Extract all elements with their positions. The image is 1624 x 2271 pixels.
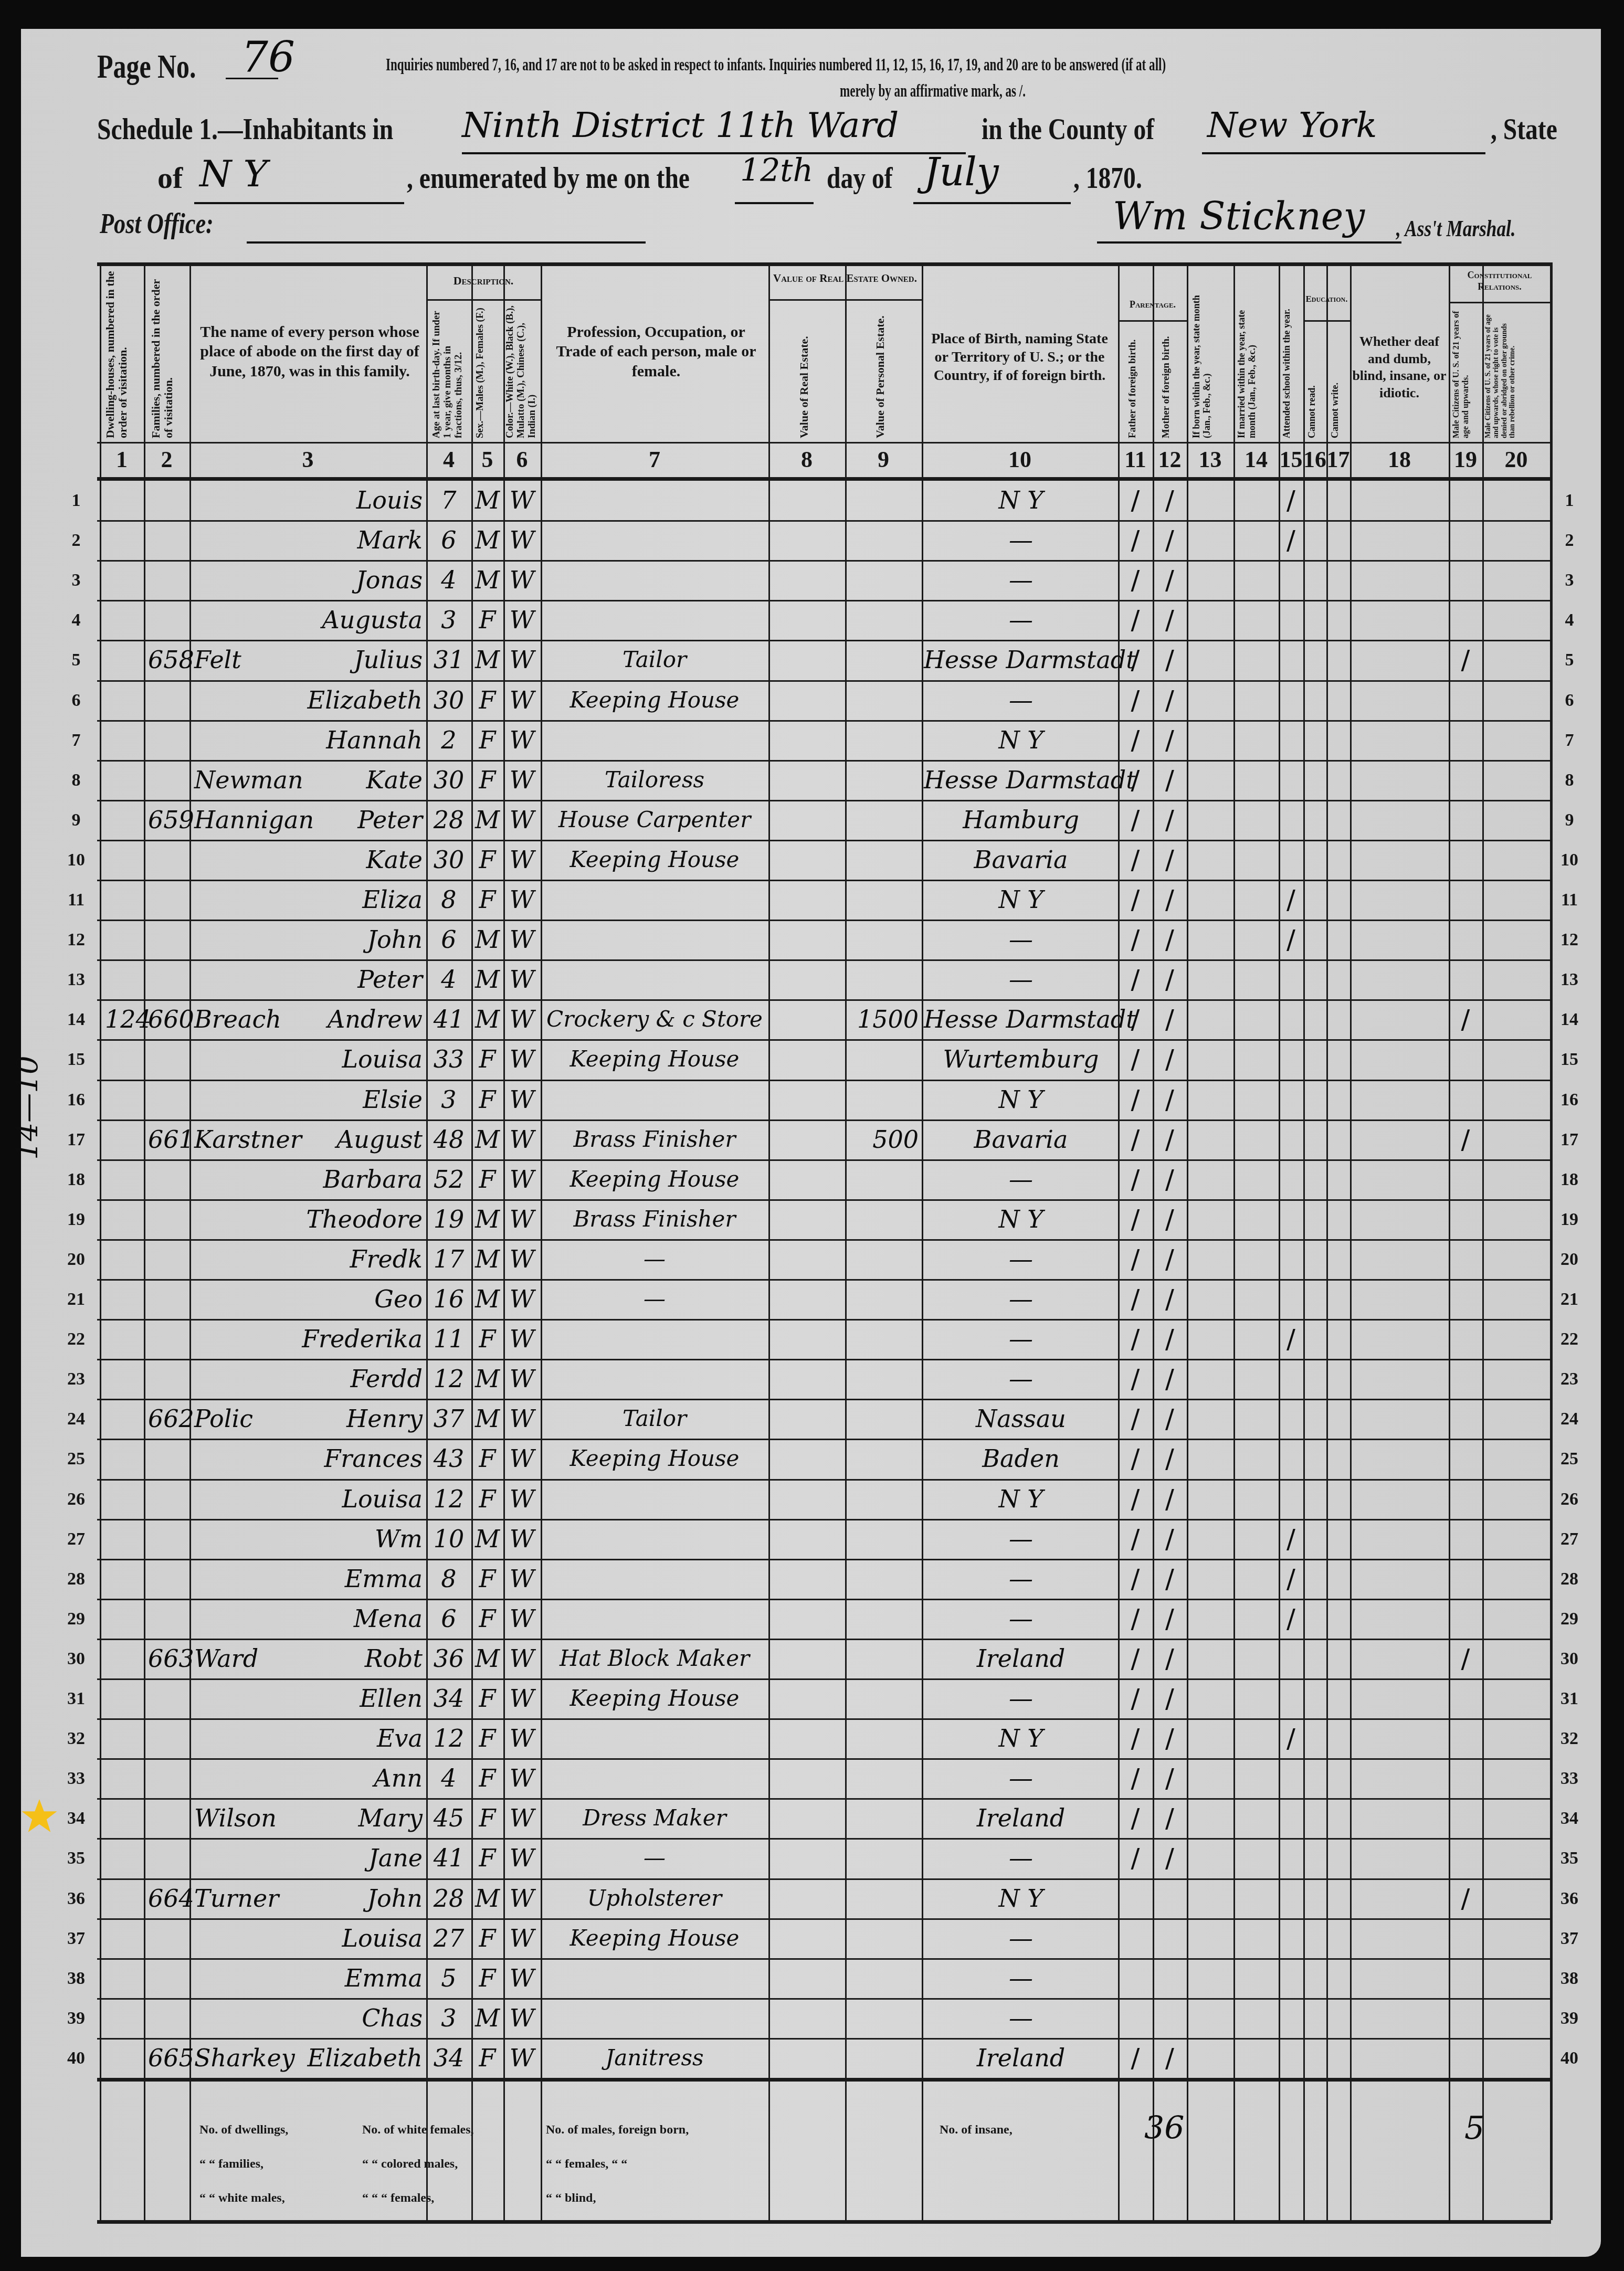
table-row: 3434WilsonMary45FWDress MakerIreland// xyxy=(0,1798,1624,1838)
mother-foreign-mark: / xyxy=(1153,1758,1187,1798)
citizen-mark xyxy=(1449,800,1482,840)
age: 30 xyxy=(426,840,471,880)
line-number-right: 15 xyxy=(1554,1050,1585,1070)
line-number-right: 29 xyxy=(1554,1609,1585,1629)
bookmark-star-icon[interactable] xyxy=(21,1798,58,1834)
table-row: 2222Frederika11FW—/// xyxy=(0,1319,1624,1359)
color: W xyxy=(503,880,541,920)
table-row: 3838Emma5FW— xyxy=(0,1958,1624,1998)
col-20-header: Male Citizens of U. S. of 21 years of ag… xyxy=(1484,310,1547,438)
school-mark: / xyxy=(1279,880,1303,920)
color: W xyxy=(503,1359,541,1399)
father-foreign-mark xyxy=(1118,1958,1153,1998)
age: 34 xyxy=(426,1678,471,1718)
col-11-header: Father of foreign birth. xyxy=(1127,336,1148,438)
citizen-mark xyxy=(1449,1319,1482,1359)
given-name: Augusta xyxy=(0,600,423,640)
occupation xyxy=(541,1519,768,1559)
age: 10 xyxy=(426,1519,471,1559)
occupation: Janitress xyxy=(541,2038,768,2078)
sex: M xyxy=(471,560,503,600)
birthplace: Nassau xyxy=(924,1399,1118,1439)
table-row: 88NewmanKate30FWTailoressHesse Darmstadt… xyxy=(0,760,1624,800)
mother-foreign-mark: / xyxy=(1153,680,1187,720)
school-mark xyxy=(1279,1479,1303,1519)
col-4-header: Age at last birth-day. If under 1 year, … xyxy=(431,304,468,438)
personal-estate-value xyxy=(845,1878,919,1918)
sex: F xyxy=(471,1838,503,1878)
sex: M xyxy=(471,520,503,560)
sex: F xyxy=(471,1159,503,1199)
mother-foreign-mark: / xyxy=(1153,1798,1187,1838)
color: W xyxy=(503,1279,541,1319)
sex: F xyxy=(471,1559,503,1599)
sex: M xyxy=(471,1279,503,1319)
personal-estate-value xyxy=(845,1918,919,1958)
father-foreign-mark: / xyxy=(1118,1439,1153,1478)
color: W xyxy=(503,1399,541,1439)
state-underline xyxy=(194,202,404,204)
footer-families-label: “ “ families, xyxy=(199,2157,263,2171)
sex: M xyxy=(471,1399,503,1439)
day-field[interactable]: 12th xyxy=(740,152,813,189)
mother-foreign-mark: / xyxy=(1153,800,1187,840)
age: 4 xyxy=(426,959,471,999)
line-number-right: 23 xyxy=(1554,1369,1585,1389)
color: W xyxy=(503,1958,541,1998)
constitutional-group-header: Constitutional Relations. xyxy=(1450,265,1549,297)
col-14-header: If married within the year, state month … xyxy=(1237,283,1273,438)
father-foreign-mark: / xyxy=(1118,560,1153,600)
father-foreign-mark: / xyxy=(1118,1080,1153,1119)
age: 52 xyxy=(426,1159,471,1199)
citizen-mark xyxy=(1449,1159,1482,1199)
line-number-right: 36 xyxy=(1554,1889,1585,1909)
table-row: 2121Geo16MW——// xyxy=(0,1279,1624,1319)
mother-foreign-mark: / xyxy=(1153,760,1187,800)
line-number-right: 28 xyxy=(1554,1569,1585,1589)
given-name: Peter xyxy=(0,959,423,999)
month-field[interactable]: July xyxy=(924,150,999,195)
school-mark xyxy=(1279,1080,1303,1119)
father-foreign-mark: / xyxy=(1118,680,1153,720)
personal-estate-value xyxy=(845,1998,919,2038)
personal-estate-value xyxy=(845,1958,919,1998)
birthplace: Hamburg xyxy=(924,800,1118,840)
mother-foreign-mark xyxy=(1153,1918,1187,1958)
age: 3 xyxy=(426,600,471,640)
sex: F xyxy=(471,1758,503,1798)
given-name: Kate xyxy=(0,760,423,800)
father-foreign-mark: / xyxy=(1118,720,1153,760)
description-group-header: Description. xyxy=(426,265,541,297)
citizen-mark xyxy=(1449,1199,1482,1239)
citizen-mark xyxy=(1449,1838,1482,1878)
post-office-underline xyxy=(247,241,646,244)
table-row: 1111Eliza8FWN Y/// xyxy=(0,880,1624,920)
citizen-mark xyxy=(1449,560,1482,600)
sex: M xyxy=(471,1998,503,2038)
citizen-mark xyxy=(1449,1399,1482,1439)
table-row: 1212John6MW—/// xyxy=(0,920,1624,959)
occupation xyxy=(541,1319,768,1359)
personal-estate-value xyxy=(845,1678,919,1718)
personal-estate-value xyxy=(845,1319,919,1359)
occupation: Keeping House xyxy=(541,1678,768,1718)
school-mark: / xyxy=(1279,920,1303,959)
age: 37 xyxy=(426,1399,471,1439)
citizen-mark xyxy=(1449,1519,1482,1559)
birthplace: N Y xyxy=(924,1718,1118,1758)
occupation xyxy=(541,1718,768,1758)
table-row: 3131Ellen34FWKeeping House—// xyxy=(0,1678,1624,1718)
line-number-right: 30 xyxy=(1554,1649,1585,1669)
county-field[interactable]: New York xyxy=(1207,105,1377,145)
school-mark xyxy=(1279,2038,1303,2078)
footer-citizen-tally: 5 xyxy=(1464,2110,1484,2147)
sex: F xyxy=(471,600,503,640)
personal-estate-value xyxy=(845,1359,919,1399)
sex: M xyxy=(471,800,503,840)
sex: F xyxy=(471,1918,503,1958)
personal-estate-value xyxy=(845,600,919,640)
county-underline xyxy=(1202,152,1485,154)
father-foreign-mark: / xyxy=(1118,1279,1153,1319)
personal-estate-value xyxy=(845,1479,919,1519)
personal-estate-value xyxy=(845,840,919,880)
mother-foreign-mark: / xyxy=(1153,1039,1187,1079)
citizen-mark xyxy=(1449,1798,1482,1838)
page-number: 76 xyxy=(241,33,295,81)
line-number-right: 16 xyxy=(1554,1090,1585,1110)
place-underline xyxy=(462,152,966,154)
occupation xyxy=(541,720,768,760)
personal-estate-value: 1500 xyxy=(845,999,919,1039)
birthplace: — xyxy=(924,1239,1118,1279)
birthplace: N Y xyxy=(924,1199,1118,1239)
personal-estate-value: 500 xyxy=(845,1119,919,1159)
sex: F xyxy=(471,1479,503,1519)
age: 36 xyxy=(426,1639,471,1678)
col-15-header: Attended school within the year. xyxy=(1282,283,1301,438)
birthplace: Ireland xyxy=(924,1798,1118,1838)
personal-estate-value xyxy=(845,920,919,959)
mother-foreign-mark: / xyxy=(1153,880,1187,920)
school-mark xyxy=(1279,1399,1303,1439)
occupation: Keeping House xyxy=(541,840,768,880)
table-row: 22Mark6MW—/// xyxy=(0,520,1624,560)
birthplace: Ireland xyxy=(924,1639,1118,1678)
color: W xyxy=(503,1159,541,1199)
citizen-mark xyxy=(1449,1918,1482,1958)
occupation: Keeping House xyxy=(541,1918,768,1958)
school-mark: / xyxy=(1279,520,1303,560)
line-number-right: 21 xyxy=(1554,1290,1585,1309)
col-9-header: Value of Personal Estate. xyxy=(874,304,895,438)
occupation: Keeping House xyxy=(541,1159,768,1199)
given-name: Louis xyxy=(0,480,423,520)
father-foreign-mark: / xyxy=(1118,1319,1153,1359)
table-row: 77Hannah2FWN Y// xyxy=(0,720,1624,760)
citizen-mark xyxy=(1449,1439,1482,1478)
school-mark xyxy=(1279,1639,1303,1678)
line-number-right: 25 xyxy=(1554,1449,1585,1469)
table-row: 2929Mena6FW—/// xyxy=(0,1599,1624,1639)
footer-colored-males-label: “ “ colored males, xyxy=(362,2157,458,2171)
birthplace: Bavaria xyxy=(924,840,1118,880)
age: 45 xyxy=(426,1798,471,1838)
father-foreign-mark: / xyxy=(1118,520,1153,560)
birthplace: — xyxy=(924,1559,1118,1599)
birthplace: — xyxy=(924,1599,1118,1639)
school-mark: / xyxy=(1279,1319,1303,1359)
sex: F xyxy=(471,1718,503,1758)
line-number-right: 7 xyxy=(1554,731,1585,751)
color: W xyxy=(503,1559,541,1599)
school-mark xyxy=(1279,1758,1303,1798)
given-name: Peter xyxy=(0,800,423,840)
citizen-mark xyxy=(1449,1359,1482,1399)
father-foreign-mark: / xyxy=(1118,2038,1153,2078)
col-5-header: Sex.—Males (M.), Females (F.) xyxy=(475,304,501,438)
column-number-7: 7 xyxy=(541,446,768,473)
father-foreign-mark xyxy=(1118,1878,1153,1918)
color: W xyxy=(503,520,541,560)
line-number-right: 27 xyxy=(1554,1529,1585,1549)
citizen-mark xyxy=(1449,1239,1482,1279)
column-number-15: 15 xyxy=(1279,446,1303,473)
personal-estate-value xyxy=(845,1599,919,1639)
line-number-right: 1 xyxy=(1554,491,1585,511)
personal-estate-value xyxy=(845,1758,919,1798)
color: W xyxy=(503,480,541,520)
personal-estate-value xyxy=(845,760,919,800)
personal-estate-value xyxy=(845,1080,919,1119)
personal-estate-value xyxy=(845,800,919,840)
page-number-underline xyxy=(226,78,278,79)
color: W xyxy=(503,1319,541,1359)
citizen-mark xyxy=(1449,1559,1482,1599)
mother-foreign-mark: / xyxy=(1153,1519,1187,1559)
given-name: Louisa xyxy=(0,1918,423,1958)
color: W xyxy=(503,1519,541,1559)
color: W xyxy=(503,1239,541,1279)
father-foreign-mark: / xyxy=(1118,959,1153,999)
occupation: Keeping House xyxy=(541,680,768,720)
school-mark xyxy=(1279,680,1303,720)
school-mark xyxy=(1279,1878,1303,1918)
col-12-header: Mother of foreign birth. xyxy=(1161,336,1182,438)
line-number-right: 12 xyxy=(1554,930,1585,950)
age: 4 xyxy=(426,560,471,600)
occupation xyxy=(541,1998,768,2038)
father-foreign-mark xyxy=(1118,1998,1153,2038)
mother-foreign-mark: / xyxy=(1153,520,1187,560)
citizen-mark: / xyxy=(1449,1119,1482,1159)
age: 17 xyxy=(426,1239,471,1279)
marshal-signature: Wm Stickney xyxy=(1113,194,1365,238)
table-row: 2626Louisa12FWN Y// xyxy=(0,1479,1624,1519)
birthplace: — xyxy=(924,920,1118,959)
mother-foreign-mark: / xyxy=(1153,840,1187,880)
column-number-3: 3 xyxy=(189,446,426,473)
color: W xyxy=(503,1119,541,1159)
father-foreign-mark: / xyxy=(1118,800,1153,840)
color: W xyxy=(503,1199,541,1239)
state-field[interactable]: N Y xyxy=(199,152,268,195)
table-row: 3535Jane41FW——// xyxy=(0,1838,1624,1878)
year-label: , 1870. xyxy=(1073,160,1142,195)
occupation: Tailoress xyxy=(541,760,768,800)
table-row: 1717661KarstnerAugust48MWBrass Finisher5… xyxy=(0,1119,1624,1159)
age: 34 xyxy=(426,2038,471,2078)
school-mark xyxy=(1279,1439,1303,1478)
table-row: 4040665SharkeyElizabeth34FWJanitressIrel… xyxy=(0,2038,1624,2078)
color: W xyxy=(503,999,541,1039)
mother-foreign-mark: / xyxy=(1153,999,1187,1039)
age: 27 xyxy=(426,1918,471,1958)
given-name: Eliza xyxy=(0,880,423,920)
citizen-mark: / xyxy=(1449,640,1482,680)
mother-foreign-mark: / xyxy=(1153,1319,1187,1359)
school-mark xyxy=(1279,1279,1303,1319)
given-name: Fredk xyxy=(0,1239,423,1279)
citizen-mark xyxy=(1449,1998,1482,2038)
table-row: 2727Wm10MW—/// xyxy=(0,1519,1624,1559)
table-row: 3333Ann4FW—// xyxy=(0,1758,1624,1798)
line-number-right: 9 xyxy=(1554,810,1585,830)
birthplace: — xyxy=(924,1359,1118,1399)
personal-estate-value xyxy=(845,520,919,560)
table-row: 3232Eva12FWN Y/// xyxy=(0,1718,1624,1758)
color: W xyxy=(503,1439,541,1478)
post-office-label: Post Office: xyxy=(100,207,214,240)
footer-white-females-label: No. of white females, xyxy=(362,2123,474,2137)
father-foreign-mark: / xyxy=(1118,1758,1153,1798)
age: 11 xyxy=(426,1319,471,1359)
age: 12 xyxy=(426,1359,471,1399)
occupation xyxy=(541,560,768,600)
father-foreign-mark: / xyxy=(1118,760,1153,800)
instructions-line-2: merely by an affirmative mark, as /. xyxy=(840,81,1026,101)
color: W xyxy=(503,1878,541,1918)
birthplace: — xyxy=(924,1958,1118,1998)
day-of-label: day of xyxy=(827,160,893,195)
line-number-right: 13 xyxy=(1554,970,1585,990)
mother-foreign-mark: / xyxy=(1153,1479,1187,1519)
personal-estate-value xyxy=(845,1399,919,1439)
occupation xyxy=(541,1599,768,1639)
given-name: Mena xyxy=(0,1599,423,1639)
mother-foreign-mark: / xyxy=(1153,560,1187,600)
line-number-right: 2 xyxy=(1554,531,1585,551)
sex: F xyxy=(471,1798,503,1838)
color: W xyxy=(503,1918,541,1958)
mother-foreign-mark: / xyxy=(1153,1559,1187,1599)
color: W xyxy=(503,2038,541,2078)
school-mark xyxy=(1279,1119,1303,1159)
mother-foreign-mark: / xyxy=(1153,640,1187,680)
occupation: Crockery & c Store xyxy=(541,999,768,1039)
given-name: Jane xyxy=(0,1838,423,1878)
enumerated-label: , enumerated by me on the xyxy=(407,160,690,195)
color: W xyxy=(503,920,541,959)
column-number-9: 9 xyxy=(845,446,922,473)
citizen-mark xyxy=(1449,760,1482,800)
mother-foreign-mark: / xyxy=(1153,1678,1187,1718)
personal-estate-value xyxy=(845,1439,919,1478)
line-number-right: 5 xyxy=(1554,650,1585,670)
state-label: , State xyxy=(1491,111,1557,146)
footer-insane-label: No. of insane, xyxy=(940,2123,1013,2137)
table-row: 55658FeltJulius31MWTailorHesse Darmstadt… xyxy=(0,640,1624,680)
instructions-line-1: Inquiries numbered 7, 16, and 17 are not… xyxy=(386,55,1166,75)
line-number-right: 37 xyxy=(1554,1929,1585,1949)
column-number-13: 13 xyxy=(1187,446,1233,473)
table-row: 3737Louisa27FWKeeping House— xyxy=(0,1918,1624,1958)
line-number-right: 38 xyxy=(1554,1969,1585,1989)
mother-foreign-mark: / xyxy=(1153,2038,1187,2078)
column-number-4: 4 xyxy=(426,446,471,473)
sex: F xyxy=(471,760,503,800)
sex: M xyxy=(471,1119,503,1159)
column-number-16: 16 xyxy=(1303,446,1326,473)
birthplace: N Y xyxy=(924,720,1118,760)
birthplace: — xyxy=(924,1758,1118,1798)
table-row: 1818Barbara52FWKeeping House—// xyxy=(0,1159,1624,1199)
line-number-right: 19 xyxy=(1554,1210,1585,1230)
citizen-mark xyxy=(1449,840,1482,880)
birthplace: Bavaria xyxy=(924,1119,1118,1159)
occupation: Tailor xyxy=(541,640,768,680)
column-number-11: 11 xyxy=(1118,446,1153,473)
color: W xyxy=(503,680,541,720)
age: 41 xyxy=(426,999,471,1039)
father-foreign-mark: / xyxy=(1118,1399,1153,1439)
sex: F xyxy=(471,880,503,920)
birthplace: N Y xyxy=(924,480,1118,520)
mother-foreign-mark xyxy=(1153,1878,1187,1918)
father-foreign-mark: / xyxy=(1118,1639,1153,1678)
citizen-mark xyxy=(1449,720,1482,760)
color: W xyxy=(503,1039,541,1079)
occupation xyxy=(541,1758,768,1798)
given-name: Mark xyxy=(0,520,423,560)
personal-estate-value xyxy=(845,1199,919,1239)
place-field[interactable]: Ninth District 11th Ward xyxy=(462,105,899,145)
father-foreign-mark: / xyxy=(1118,640,1153,680)
color: W xyxy=(503,1599,541,1639)
citizen-mark: / xyxy=(1449,999,1482,1039)
mother-foreign-mark: / xyxy=(1153,1239,1187,1279)
birthplace: — xyxy=(924,520,1118,560)
color: W xyxy=(503,1479,541,1519)
age: 3 xyxy=(426,1998,471,2038)
age: 48 xyxy=(426,1119,471,1159)
birthplace: Ireland xyxy=(924,2038,1118,2078)
given-name: Emma xyxy=(0,1958,423,1998)
col-10-header: Place of Birth, naming State or Territor… xyxy=(924,315,1115,399)
column-number-8: 8 xyxy=(768,446,845,473)
line-number-right: 10 xyxy=(1554,850,1585,870)
personal-estate-value xyxy=(845,880,919,920)
table-row: 3030663WardRobt36MWHat Block MakerIrelan… xyxy=(0,1639,1624,1678)
sex: M xyxy=(471,1639,503,1678)
citizen-mark xyxy=(1449,480,1482,520)
table-row: 1515Louisa33FWKeeping HouseWurtemburg// xyxy=(0,1039,1624,1079)
occupation: Keeping House xyxy=(541,1439,768,1478)
birthplace: — xyxy=(924,1998,1118,2038)
